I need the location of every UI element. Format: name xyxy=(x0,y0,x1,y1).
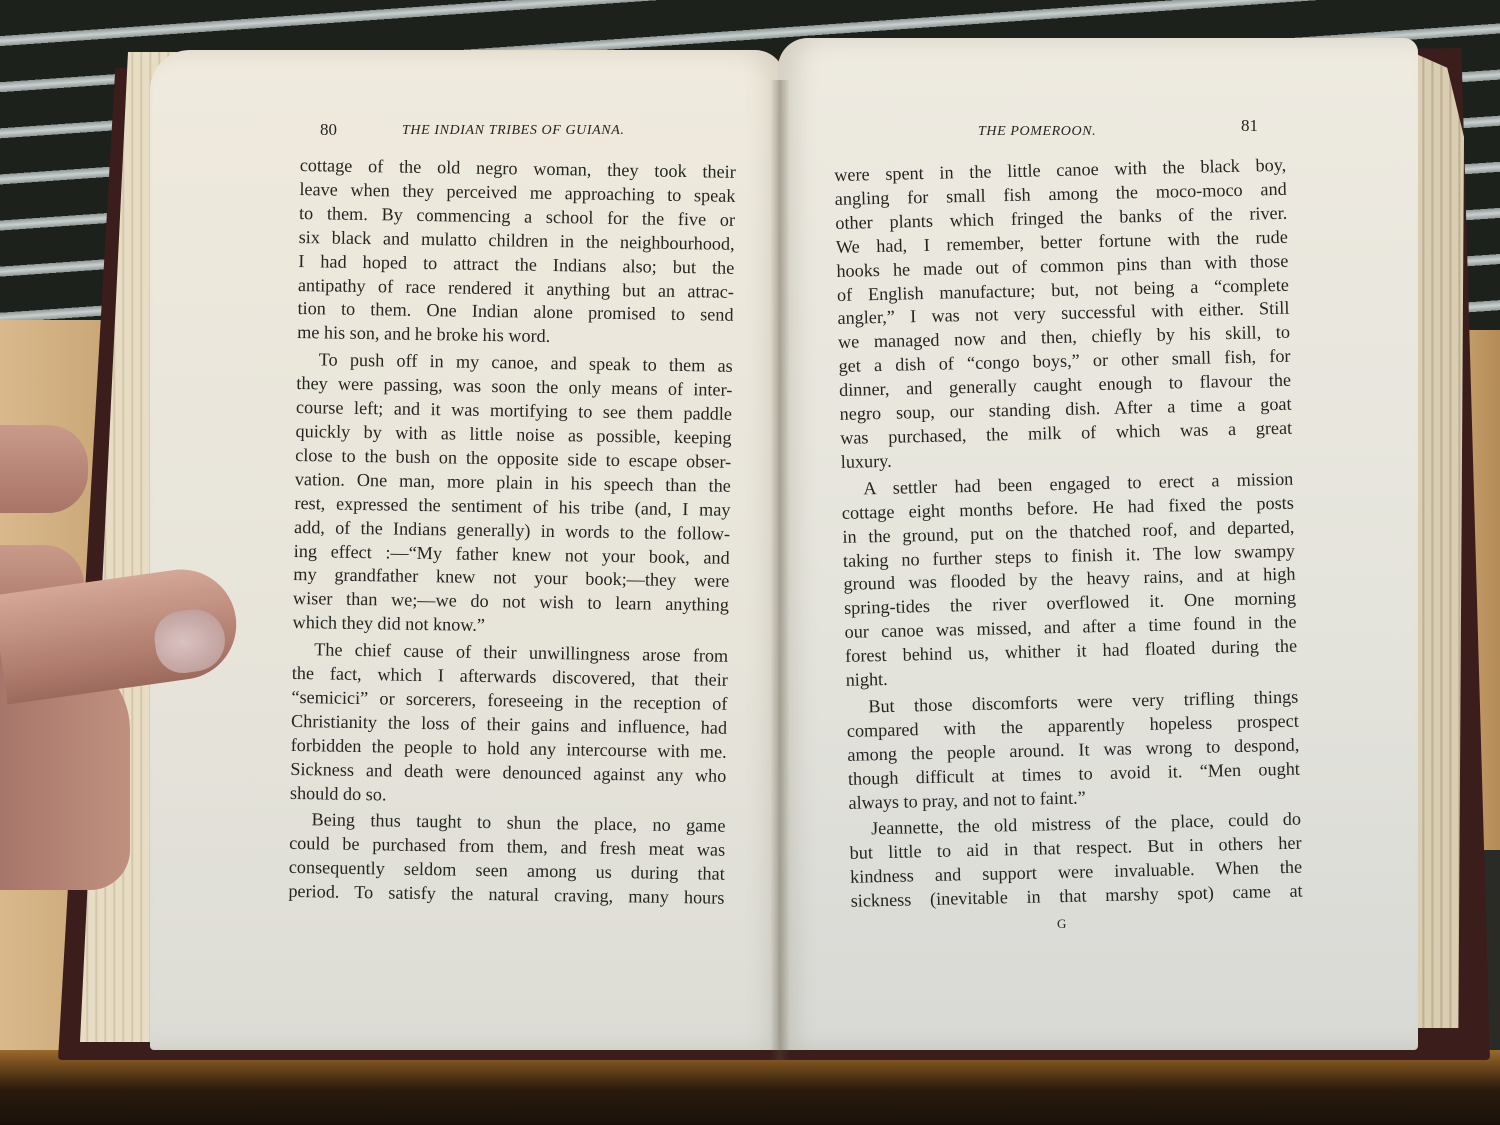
signature-mark: G xyxy=(1057,916,1066,932)
index-finger xyxy=(0,425,88,513)
table-surface xyxy=(0,1050,1500,1125)
running-head-left: THE INDIAN TRIBES OF GUIANA. xyxy=(402,123,625,139)
right-page: THE POMEROON. 81 were spent in the littl… xyxy=(778,38,1418,1050)
left-page-body-text: cottage of the old negro woman, they too… xyxy=(288,154,736,911)
book-spine-gutter xyxy=(770,80,790,1060)
running-head-right: THE POMEROON. xyxy=(978,124,1096,140)
page-number-left: 80 xyxy=(320,120,337,140)
left-page: 80 THE INDIAN TRIBES OF GUIANA. cottage … xyxy=(150,50,785,1050)
right-page-body-text: were spent in the little canoe with the … xyxy=(834,154,1303,914)
page-number-right: 81 xyxy=(1241,116,1258,136)
